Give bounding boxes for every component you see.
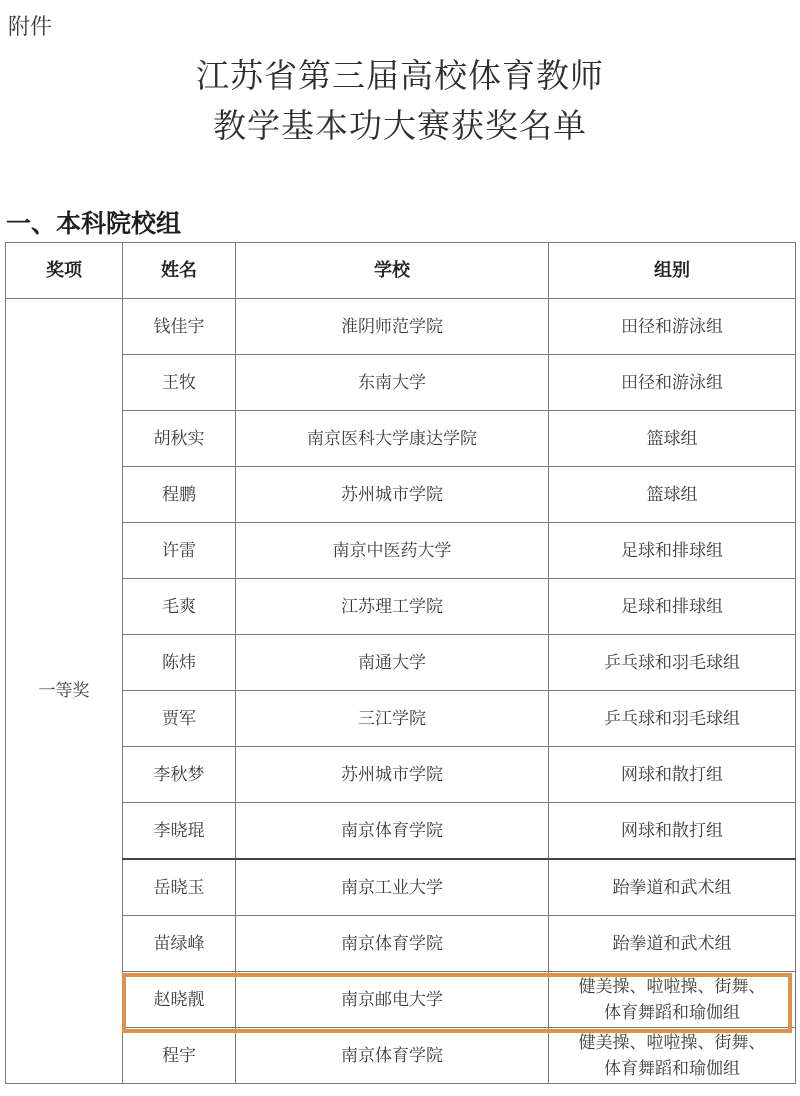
group-line1: 健美操、啦啦操、街舞、 [549, 974, 795, 1000]
name-cell: 钱佳宇 [123, 299, 236, 355]
table-row: 苗绿峰 南京体育学院 跆拳道和武术组 [6, 916, 796, 972]
document-title-line2: 教学基本功大赛获奖名单 [0, 100, 800, 147]
name-cell: 程鹏 [123, 467, 236, 523]
table-row: 程鹏 苏州城市学院 篮球组 [6, 467, 796, 523]
group-cell: 跆拳道和武术组 [549, 859, 796, 916]
group-line2: 体育舞蹈和瑜伽组 [549, 1000, 795, 1026]
award-table: 奖项 姓名 学校 组别 一等奖 钱佳宇 淮阴师范学院 田径和游泳组 王牧 东南大… [5, 242, 796, 1084]
header-group: 组别 [549, 243, 796, 299]
table-row: 胡秋实 南京医科大学康达学院 篮球组 [6, 411, 796, 467]
name-cell: 贾军 [123, 691, 236, 747]
table-row: 岳晓玉 南京工业大学 跆拳道和武术组 [6, 859, 796, 916]
school-cell: 东南大学 [236, 355, 549, 411]
table-row: 李秋梦 苏州城市学院 网球和散打组 [6, 747, 796, 803]
group-cell: 网球和散打组 [549, 803, 796, 860]
group-cell: 网球和散打组 [549, 747, 796, 803]
table-row: 李晓琨 南京体育学院 网球和散打组 [6, 803, 796, 860]
name-cell: 胡秋实 [123, 411, 236, 467]
school-cell: 苏州城市学院 [236, 467, 549, 523]
group-line1: 健美操、啦啦操、街舞、 [549, 1030, 795, 1056]
name-cell: 程宇 [123, 1028, 236, 1084]
group-cell: 乒乓球和羽毛球组 [549, 691, 796, 747]
group-cell: 跆拳道和武术组 [549, 916, 796, 972]
name-cell: 李秋梦 [123, 747, 236, 803]
table-row: 程宇 南京体育学院 健美操、啦啦操、街舞、 体育舞蹈和瑜伽组 [6, 1028, 796, 1084]
table-row: 陈炜 南通大学 乒乓球和羽毛球组 [6, 635, 796, 691]
school-cell: 南京体育学院 [236, 916, 549, 972]
table-row: 王牧 东南大学 田径和游泳组 [6, 355, 796, 411]
school-cell: 南京体育学院 [236, 803, 549, 860]
award-level-cell: 一等奖 [6, 299, 123, 1084]
table-row: 贾军 三江学院 乒乓球和羽毛球组 [6, 691, 796, 747]
name-cell: 许雷 [123, 523, 236, 579]
group-cell: 篮球组 [549, 411, 796, 467]
group-cell: 健美操、啦啦操、街舞、 体育舞蹈和瑜伽组 [549, 1028, 796, 1084]
school-cell: 南京工业大学 [236, 859, 549, 916]
name-cell: 陈炜 [123, 635, 236, 691]
header-school: 学校 [236, 243, 549, 299]
group-cell: 田径和游泳组 [549, 299, 796, 355]
school-cell: 江苏理工学院 [236, 579, 549, 635]
name-cell: 赵晓靓 [123, 972, 236, 1028]
section-heading: 一、本科院校组 [6, 204, 181, 240]
header-award: 奖项 [6, 243, 123, 299]
name-cell: 岳晓玉 [123, 859, 236, 916]
name-cell: 苗绿峰 [123, 916, 236, 972]
table-row: 一等奖 钱佳宇 淮阴师范学院 田径和游泳组 [6, 299, 796, 355]
header-name: 姓名 [123, 243, 236, 299]
name-cell: 毛爽 [123, 579, 236, 635]
table-row: 毛爽 江苏理工学院 足球和排球组 [6, 579, 796, 635]
document-title-line1: 江苏省第三届高校体育教师 [0, 50, 800, 97]
table-header-row: 奖项 姓名 学校 组别 [6, 243, 796, 299]
name-cell: 李晓琨 [123, 803, 236, 860]
school-cell: 南京医科大学康达学院 [236, 411, 549, 467]
group-cell: 田径和游泳组 [549, 355, 796, 411]
table-row-highlighted: 赵晓靓 南京邮电大学 健美操、啦啦操、街舞、 体育舞蹈和瑜伽组 [6, 972, 796, 1028]
school-cell: 苏州城市学院 [236, 747, 549, 803]
group-cell: 足球和排球组 [549, 523, 796, 579]
school-cell: 淮阴师范学院 [236, 299, 549, 355]
attachment-label: 附件 [8, 10, 52, 41]
group-cell: 健美操、啦啦操、街舞、 体育舞蹈和瑜伽组 [549, 972, 796, 1028]
school-cell: 南京体育学院 [236, 1028, 549, 1084]
group-cell: 足球和排球组 [549, 579, 796, 635]
group-line2: 体育舞蹈和瑜伽组 [549, 1056, 795, 1082]
group-cell: 篮球组 [549, 467, 796, 523]
group-cell: 乒乓球和羽毛球组 [549, 635, 796, 691]
name-cell: 王牧 [123, 355, 236, 411]
school-cell: 三江学院 [236, 691, 549, 747]
school-cell: 南京邮电大学 [236, 972, 549, 1028]
school-cell: 南京中医药大学 [236, 523, 549, 579]
school-cell: 南通大学 [236, 635, 549, 691]
table-row: 许雷 南京中医药大学 足球和排球组 [6, 523, 796, 579]
